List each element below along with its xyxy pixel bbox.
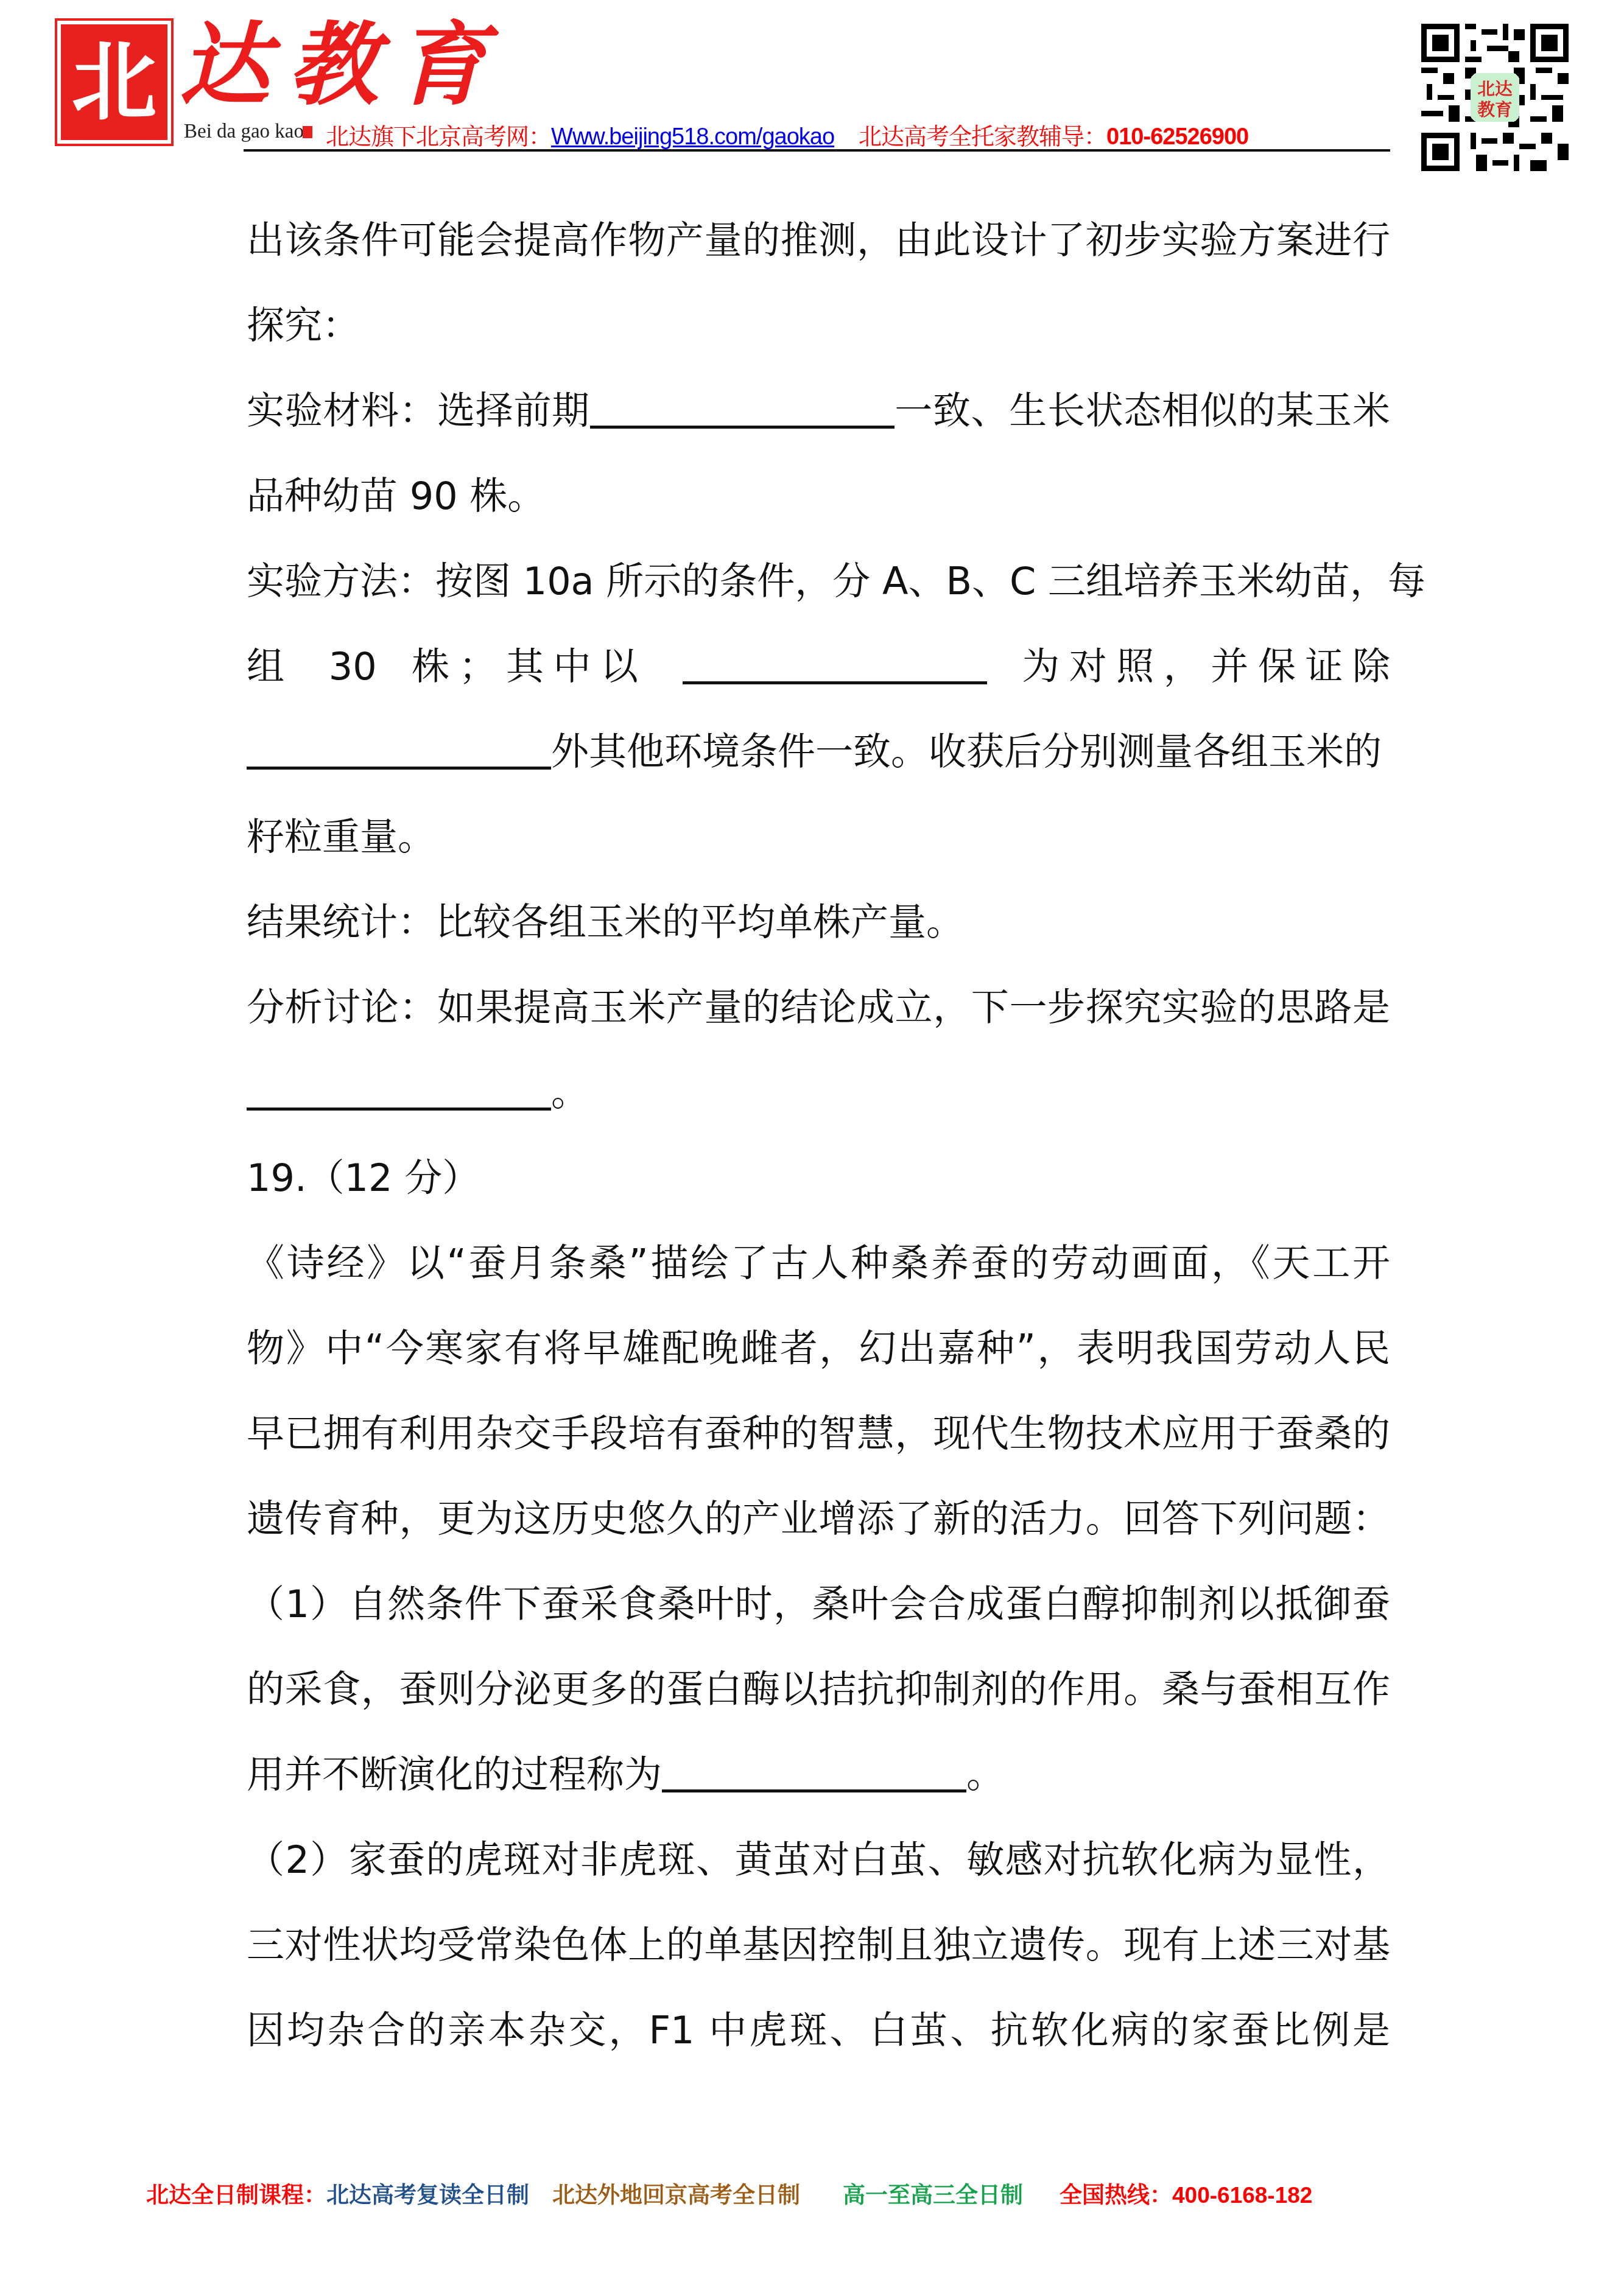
text-line-with-blank: 组 30 株；其中以 为对照，并保证除 (247, 642, 1390, 691)
header-info-line: 北达旗下北京高考网：Www.beijing518.com/gaokao北达高考全… (326, 118, 1248, 151)
logo-seal-char: 北 (71, 40, 156, 125)
footer-courses-label: 北达全日制课程： (146, 2183, 326, 2208)
text-line: 分析讨论：如果提高玉米产量的结论成立，下一步探究实验的思路是 (247, 983, 1390, 1032)
logo-subtitle: Bei da gao kao (184, 121, 304, 143)
answer-blank[interactable] (247, 730, 551, 770)
site-link[interactable]: Www.beijing518.com/gaokao (551, 124, 834, 150)
text-segment: 外其他环境条件一致。收获后分别测量各组玉米的 (551, 729, 1382, 774)
footer-hotline-number: 400-6168-182 (1172, 2183, 1312, 2208)
text-segment: 。 (966, 1752, 1004, 1797)
text-line-with-blank: 。 (247, 1069, 1390, 1117)
footer-course-1: 北达高考复读全日制 (326, 2183, 529, 2208)
text-line: 物》中“今寒家有将早雄配晚雌者，幻出嘉种”，表明我国劳动人民 (247, 1324, 1390, 1373)
text-line: （2）家蚕的虎斑对非虎斑、黄茧对白茧、敏感对抗软化病为显性， (247, 1836, 1390, 1884)
page-footer: 北达全日制课程：北达高考复读全日制北达外地回京高考全日制高一至高三全日制全国热线… (146, 2177, 1335, 2210)
svg-text:北达: 北达 (1477, 79, 1513, 99)
answer-blank[interactable] (247, 1071, 551, 1111)
text-segment: 为对照，并保证除 (1022, 644, 1390, 689)
text-line: （1）自然条件下蚕采食桑叶时，桑叶会合成蛋白醇抑制剂以抵御蚕 (247, 1580, 1390, 1629)
footer-hotline-label: 全国热线： (1060, 2183, 1172, 2208)
logo-seal: 北 (61, 24, 167, 140)
footer-course-2: 北达外地回京高考全日制 (552, 2183, 800, 2208)
tutoring-phone: 010-62526900 (1106, 124, 1248, 150)
text-line-with-blank: 用并不断演化的过程称为。 (247, 1750, 1390, 1799)
text-line: 遗传育种，更为这历史悠久的产业增添了新的活力。回答下列问题： (247, 1495, 1390, 1543)
text-line-with-blank: 实验材料：选择前期一致、生长状态相似的某玉米 (247, 387, 1390, 435)
text-line: 品种幼苗 90 株。 (247, 472, 1390, 521)
site-label: 北达旗下北京高考网： (326, 124, 551, 150)
text-line: 籽粒重量。 (247, 813, 1390, 862)
text-segment: 。 (551, 1070, 589, 1115)
answer-blank[interactable] (590, 389, 895, 429)
text-line: 探究： (247, 301, 1390, 350)
tutoring-label: 北达高考全托家教辅导： (859, 124, 1106, 150)
text-line: 因均杂合的亲本杂交，F1 中虎斑、白茧、抗软化病的家蚕比例是 (247, 2006, 1390, 2055)
answer-blank[interactable] (662, 1753, 966, 1792)
text-line: 出该条件可能会提高作物产量的推测，由此设计了初步实验方案进行 (247, 216, 1390, 265)
text-line-with-blank: 外其他环境条件一致。收获后分别测量各组玉米的 (247, 728, 1390, 776)
text-segment: 实验材料：选择前期 (247, 388, 590, 433)
text-segment: 用并不断演化的过程称为 (247, 1752, 662, 1797)
text-segment: 组 30 株；其中以 (247, 644, 648, 689)
header-divider (244, 149, 1390, 152)
logo-title: 达教育 (180, 19, 505, 110)
text-segment: 一致、生长状态相似的某玉米 (895, 388, 1390, 433)
text-line: 《诗经》以“蚕月条桑”描绘了古人种桑养蚕的劳动画面，《天工开 (247, 1239, 1390, 1288)
text-line: 结果统计：比较各组玉米的平均单株产量。 (247, 898, 1390, 947)
question-heading: 19.（12 分） (247, 1154, 1390, 1202)
red-square-bullet-icon (303, 126, 312, 138)
text-line: 的采食，蚕则分泌更多的蛋白酶以拮抗抑制剂的作用。桑与蚕相互作 (247, 1665, 1390, 1714)
page-header: 北 达教育 Bei da gao kao 北达旗下北京高考网：Www.beiji… (0, 0, 1624, 195)
answer-blank[interactable] (683, 645, 987, 684)
qr-code-icon: 北达 教育 (1416, 18, 1574, 177)
text-line: 三对性状均受常染色体上的单基因控制且独立遗传。现有上述三对基 (247, 1921, 1390, 1970)
svg-text:教育: 教育 (1477, 99, 1512, 120)
text-line: 早已拥有利用杂交手段培有蚕种的智慧，现代生物技术应用于蚕桑的 (247, 1410, 1390, 1458)
footer-course-3: 高一至高三全日制 (843, 2183, 1023, 2208)
text-line: 实验方法：按图 10a 所示的条件，分 A、B、C 三组培养玉米幼苗，每 (247, 557, 1390, 606)
